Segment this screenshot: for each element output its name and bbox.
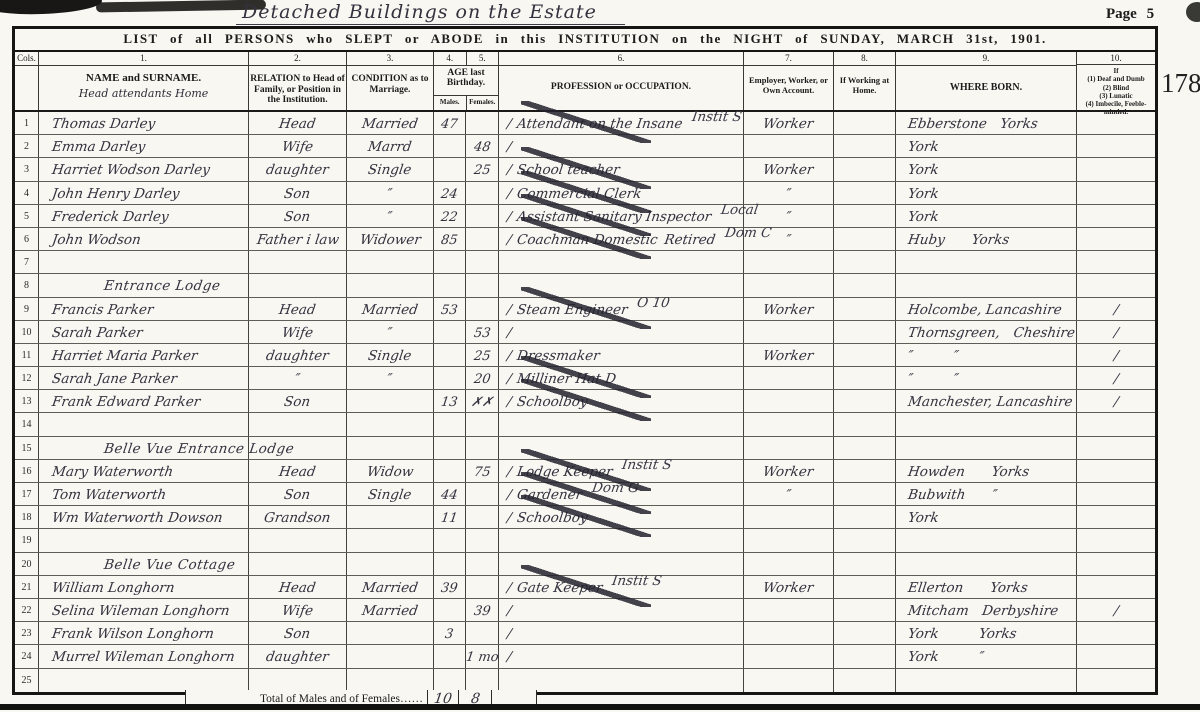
employer-cell: ″ <box>744 483 834 505</box>
census-table: LIST of all PERSONS who SLEPT or ABODE i… <box>12 26 1158 695</box>
age-females-cell <box>466 622 499 644</box>
working-at-home-cell <box>834 274 896 296</box>
age-males-cell <box>434 344 466 366</box>
row-number: 2 <box>15 135 39 157</box>
row-number: 7 <box>15 251 39 273</box>
working-at-home-cell <box>834 576 896 598</box>
infirmity-cell <box>1077 413 1155 435</box>
table-row: 21 William Longhorn Head Married 39 /Gat… <box>15 576 1155 599</box>
where-born-cell <box>896 274 1077 296</box>
infirmity-cell <box>1077 483 1155 505</box>
age-females-cell: 20 <box>466 367 499 389</box>
table-header: Cols. 1. NAME and SURNAME. Head attendan… <box>15 52 1155 112</box>
infirmity-cell <box>1077 228 1155 250</box>
age-males-cell <box>434 158 466 180</box>
age-females-cell <box>466 669 499 692</box>
where-born-cell <box>896 251 1077 273</box>
occupation-cell: /Schoolboy <box>499 506 744 528</box>
condition-cell <box>347 529 434 551</box>
where-born-cell: York Yorks <box>896 622 1077 644</box>
name-cell: Tom Waterworth <box>39 483 249 505</box>
condition-cell: Married <box>347 298 434 320</box>
table-row: 17 Tom Waterworth Son Single 44 /Gardene… <box>15 483 1155 506</box>
relation-cell <box>249 669 347 692</box>
age-females-cell: 25 <box>466 158 499 180</box>
where-born-cell <box>896 529 1077 551</box>
infirmity-cell <box>1077 437 1155 459</box>
employer-cell: Worker <box>744 298 834 320</box>
row-number: 20 <box>15 553 39 575</box>
occupation-cell: /Assistant Sanitary InspectorLocal <box>499 205 744 227</box>
age-males-cell <box>434 413 466 435</box>
row-number: 25 <box>15 669 39 692</box>
condition-cell <box>347 506 434 528</box>
employer-cell <box>744 135 834 157</box>
relation-cell: Son <box>249 182 347 204</box>
age-females-cell <box>466 506 499 528</box>
row-number: 16 <box>15 460 39 482</box>
occupation-cell: /Coachman Domestic RetiredDom C <box>499 228 744 250</box>
relation-cell: Wife <box>249 321 347 343</box>
relation-cell: daughter <box>249 158 347 180</box>
infirmity-cell <box>1077 182 1155 204</box>
age-females-cell <box>466 228 499 250</box>
relation-cell <box>249 274 347 296</box>
infirmity-cell <box>1077 645 1155 667</box>
working-at-home-cell <box>834 437 896 459</box>
name-cell: Frank Edward Parker <box>39 390 249 412</box>
occupation-cell <box>499 437 744 459</box>
age-females-cell <box>466 205 499 227</box>
where-born-cell: York ″ <box>896 645 1077 667</box>
occupation-annotation: Dom C <box>723 222 773 245</box>
name-cell: William Longhorn <box>39 576 249 598</box>
infirmity-cell <box>1077 576 1155 598</box>
age-males-cell <box>434 367 466 389</box>
infirmity-cell <box>1077 529 1155 551</box>
condition-cell: Marrd <box>347 135 434 157</box>
working-column-label: If Working at Home. <box>834 66 895 110</box>
where-born-cell: York <box>896 506 1077 528</box>
age-females-cell <box>466 251 499 273</box>
age-females-cell <box>466 437 499 459</box>
working-at-home-cell <box>834 506 896 528</box>
age-males-cell: 85 <box>434 228 466 250</box>
condition-cell <box>347 553 434 575</box>
where-born-cell <box>896 413 1077 435</box>
table-row: 18 Wm Waterworth Dowson Grandson 11 /Sch… <box>15 506 1155 529</box>
name-cell: Sarah Parker <box>39 321 249 343</box>
table-row: 12 Sarah Jane Parker ″ ″ 20 /Milliner Ha… <box>15 367 1155 390</box>
infirmity-cell <box>1077 112 1155 134</box>
where-born-cell: Mitcham Derbyshire <box>896 599 1077 621</box>
name-cell <box>39 669 249 692</box>
relation-cell: Head <box>249 576 347 598</box>
infirmity-cell <box>1077 135 1155 157</box>
occupation-cell: /School teacher <box>499 158 744 180</box>
condition-column-label: CONDITION as to Marriage. <box>347 66 433 110</box>
row-number: 22 <box>15 599 39 621</box>
employer-cell <box>744 321 834 343</box>
table-row: 9 Francis Parker Head Married 53 /Steam … <box>15 298 1155 321</box>
relation-cell: Son <box>249 205 347 227</box>
name-cell <box>39 529 249 551</box>
occupation-annotation: Instit S <box>620 454 673 477</box>
name-cell: Frank Wilson Longhorn <box>39 622 249 644</box>
table-row: 20 Belle Vue Cottage <box>15 553 1155 576</box>
employer-cell: Worker <box>744 460 834 482</box>
age-males-cell <box>434 274 466 296</box>
age-males-cell <box>434 251 466 273</box>
relation-cell <box>249 251 347 273</box>
age-males-cell <box>434 321 466 343</box>
where-born-cell <box>896 553 1077 575</box>
table-row: 1 Thomas Darley Head Married 47 /Attenda… <box>15 112 1155 135</box>
occupation-cell: /Milliner Hat D <box>499 367 744 389</box>
occupation-cell: /Attendant on the InsaneInstit S <box>499 112 744 134</box>
employer-cell <box>744 599 834 621</box>
age-males-cell <box>434 669 466 692</box>
relation-cell: Son <box>249 622 347 644</box>
occupation-cell: / <box>499 599 744 621</box>
header-condition: 3. CONDITION as to Marriage. <box>347 52 434 110</box>
employer-cell: Worker <box>744 112 834 134</box>
relation-cell: Wife <box>249 599 347 621</box>
condition-cell: Widower <box>347 228 434 250</box>
row-number: 5 <box>15 205 39 227</box>
condition-cell: Single <box>347 158 434 180</box>
working-at-home-cell <box>834 390 896 412</box>
occupation-cell <box>499 529 744 551</box>
infirmity-cell: / <box>1077 599 1155 621</box>
header-relation: 2. RELATION to Head of Family, or Positi… <box>249 52 347 110</box>
where-born-cell: ″ ″ <box>896 367 1077 389</box>
relation-cell: Head <box>249 460 347 482</box>
infirmity-cell <box>1077 669 1155 692</box>
working-at-home-cell <box>834 413 896 435</box>
age-males-cell: 44 <box>434 483 466 505</box>
relation-cell: daughter <box>249 645 347 667</box>
age-males-cell <box>434 529 466 551</box>
age-females-cell <box>466 413 499 435</box>
occupation-cell: /GardenerDom G <box>499 483 744 505</box>
age-males-cell <box>434 645 466 667</box>
where-born-cell: Thornsgreen, Cheshire <box>896 321 1077 343</box>
row-number: 24 <box>15 645 39 667</box>
table-row: 2 Emma Darley Wife Marrd 48 / York <box>15 135 1155 158</box>
table-row: 23 Frank Wilson Longhorn Son 3 / York Yo… <box>15 622 1155 645</box>
working-at-home-cell <box>834 344 896 366</box>
age-females-cell: 53 <box>466 321 499 343</box>
row-number: 1 <box>15 112 39 134</box>
row-number: 13 <box>15 390 39 412</box>
working-at-home-cell <box>834 622 896 644</box>
name-column-handwritten-sub: Head attendants Home <box>39 88 248 100</box>
row-number: 11 <box>15 344 39 366</box>
employer-cell <box>744 367 834 389</box>
employer-cell <box>744 645 834 667</box>
condition-cell <box>347 390 434 412</box>
name-cell: Frederick Darley <box>39 205 249 227</box>
name-cell: Selina Wileman Longhorn <box>39 599 249 621</box>
header-name: 1. NAME and SURNAME. Head attendants Hom… <box>39 52 249 110</box>
name-cell: John Henry Darley <box>39 182 249 204</box>
occupation-cell <box>499 669 744 692</box>
cols-label: Cols. <box>15 52 38 66</box>
condition-cell <box>347 645 434 667</box>
employer-cell <box>744 437 834 459</box>
born-column-label: WHERE BORN. <box>896 66 1076 110</box>
row-number: 15 <box>15 437 39 459</box>
age-females-cell <box>466 553 499 575</box>
condition-cell: ″ <box>347 182 434 204</box>
row-number: 21 <box>15 576 39 598</box>
age-females-cell <box>466 483 499 505</box>
where-born-cell: Huby Yorks <box>896 228 1077 250</box>
occupation-annotation: Local <box>719 199 759 222</box>
census-page: Detached Buildings on the Estate Page 5 … <box>0 0 1200 712</box>
age-females-cell: 48 <box>466 135 499 157</box>
header-cols: Cols. <box>15 52 39 110</box>
age-column-label: AGE last Birthday. <box>434 66 498 97</box>
name-cell: Mary Waterworth <box>39 460 249 482</box>
age-females-cell <box>466 112 499 134</box>
condition-cell: ″ <box>347 367 434 389</box>
relation-cell <box>249 529 347 551</box>
row-number: 12 <box>15 367 39 389</box>
age-males-cell: 47 <box>434 112 466 134</box>
row-number: 9 <box>15 298 39 320</box>
census-rows: 1 Thomas Darley Head Married 47 /Attenda… <box>15 112 1155 692</box>
name-cell: Wm Waterworth Dowson <box>39 506 249 528</box>
name-cell: Harriet Wodson Darley <box>39 158 249 180</box>
employer-cell <box>744 669 834 692</box>
condition-cell <box>347 622 434 644</box>
where-born-cell: York <box>896 182 1077 204</box>
age-males-cell: 13 <box>434 390 466 412</box>
age-females-cell: 1 mo <box>466 645 499 667</box>
age-males-cell: 53 <box>434 298 466 320</box>
name-cell: Emma Darley <box>39 135 249 157</box>
name-cell: Francis Parker <box>39 298 249 320</box>
header-where-born: 9. WHERE BORN. <box>896 52 1077 110</box>
header-infirmity: 10. If (1) Deaf and Dumb (2) Blind (3) L… <box>1077 52 1155 110</box>
employer-cell: Worker <box>744 576 834 598</box>
row-number: 19 <box>15 529 39 551</box>
age-males-cell: 39 <box>434 576 466 598</box>
condition-cell: Single <box>347 483 434 505</box>
name-cell: Murrel Wileman Longhorn <box>39 645 249 667</box>
table-row: 8 Entrance Lodge <box>15 274 1155 297</box>
infirmity-cell: / <box>1077 390 1155 412</box>
where-born-cell: Manchester, Lancashire <box>896 390 1077 412</box>
table-row: 6 John Wodson Father i law Widower 85 /C… <box>15 228 1155 251</box>
employer-cell <box>744 506 834 528</box>
occupation-cell: /Steam EngineerO 10 <box>499 298 744 320</box>
occupation-annotation: Instit S <box>690 106 743 129</box>
name-column-label: NAME and SURNAME. <box>86 72 201 84</box>
infirmity-cell: / <box>1077 344 1155 366</box>
infirmity-cell: / <box>1077 367 1155 389</box>
row-number: 18 <box>15 506 39 528</box>
row-number: 17 <box>15 483 39 505</box>
relation-cell: ″ <box>249 367 347 389</box>
age-males-cell: 24 <box>434 182 466 204</box>
relation-cell <box>249 553 347 575</box>
employer-cell: Worker <box>744 158 834 180</box>
males-column-label: Males. <box>434 96 467 110</box>
occupation-cell: /Gate KeeperInstit S <box>499 576 744 598</box>
working-at-home-cell <box>834 112 896 134</box>
header-occupation: 6. PROFESSION or OCCUPATION. <box>499 52 744 110</box>
row-number: 23 <box>15 622 39 644</box>
name-cell <box>39 251 249 273</box>
table-row: 24 Murrel Wileman Longhorn daughter 1 mo… <box>15 645 1155 668</box>
working-at-home-cell <box>834 460 896 482</box>
age-females-cell <box>466 182 499 204</box>
where-born-cell: York <box>896 158 1077 180</box>
females-column-label: Females. <box>467 96 499 110</box>
name-cell: Thomas Darley <box>39 112 249 134</box>
occupation-cell: / <box>499 321 744 343</box>
employer-cell <box>744 622 834 644</box>
infirmity-cell <box>1077 506 1155 528</box>
header-age: 4.5. AGE last Birthday. Males. Females. <box>434 52 499 110</box>
infirmity-column-label: If (1) Deaf and Dumb (2) Blind (3) Lunat… <box>1077 65 1155 117</box>
employer-column-label: Employer, Worker, or Own Account. <box>744 66 833 110</box>
handwritten-page-title: Detached Buildings on the Estate <box>236 1 625 25</box>
table-row: 3 Harriet Wodson Darley daughter Single … <box>15 158 1155 181</box>
name-cell <box>39 413 249 435</box>
condition-cell <box>347 669 434 692</box>
condition-cell: Single <box>347 344 434 366</box>
condition-cell <box>347 437 434 459</box>
age-males-cell <box>434 437 466 459</box>
relation-cell: Head <box>249 112 347 134</box>
table-row: 11 Harriet Maria Parker daughter Single … <box>15 344 1155 367</box>
table-row: 5 Frederick Darley Son ″ 22 /Assistant S… <box>15 205 1155 228</box>
relation-cell: Son <box>249 390 347 412</box>
relation-column-label: RELATION to Head of Family, or Position … <box>249 66 346 110</box>
infirmity-cell <box>1077 274 1155 296</box>
working-at-home-cell <box>834 529 896 551</box>
where-born-cell: York <box>896 135 1077 157</box>
working-at-home-cell <box>834 135 896 157</box>
where-born-cell: York <box>896 205 1077 227</box>
working-at-home-cell <box>834 483 896 505</box>
where-born-cell <box>896 437 1077 459</box>
working-at-home-cell <box>834 251 896 273</box>
where-born-cell: Bubwith ″ <box>896 483 1077 505</box>
relation-cell: Wife <box>249 135 347 157</box>
occupation-cell: / <box>499 622 744 644</box>
working-at-home-cell <box>834 228 896 250</box>
condition-cell: ″ <box>347 321 434 343</box>
age-males-cell <box>434 553 466 575</box>
condition-cell: Widow <box>347 460 434 482</box>
working-at-home-cell <box>834 182 896 204</box>
age-males-cell <box>434 135 466 157</box>
occupation-annotation: Instit S <box>610 570 663 593</box>
table-title: LIST of all PERSONS who SLEPT or ABODE i… <box>15 29 1155 52</box>
occupation-column-label: PROFESSION or OCCUPATION. <box>499 66 743 110</box>
name-cell: John Wodson <box>39 228 249 250</box>
relation-cell: daughter <box>249 344 347 366</box>
condition-cell <box>347 251 434 273</box>
employer-cell <box>744 553 834 575</box>
age-females-cell <box>466 274 499 296</box>
working-at-home-cell <box>834 669 896 692</box>
name-cell: Entrance Lodge <box>39 274 249 296</box>
occupation-annotation: O 10 <box>635 292 671 315</box>
occupation-annotation: Dom G <box>590 477 640 500</box>
employer-cell <box>744 390 834 412</box>
occupation-cell <box>499 251 744 273</box>
employer-cell <box>744 529 834 551</box>
occupation-cell: /Commercial Clerk <box>499 182 744 204</box>
age-males-cell: 3 <box>434 622 466 644</box>
header-working-at-home: 8. If Working at Home. <box>834 52 896 110</box>
infirmity-cell <box>1077 460 1155 482</box>
where-born-cell: Ellerton Yorks <box>896 576 1077 598</box>
where-born-cell: Ebberstone Yorks <box>896 112 1077 134</box>
name-cell: Harriet Maria Parker <box>39 344 249 366</box>
page-number-label: Page 5 <box>1106 6 1154 23</box>
table-row: 19 <box>15 529 1155 552</box>
age-males-cell <box>434 460 466 482</box>
relation-cell <box>249 413 347 435</box>
infirmity-cell <box>1077 553 1155 575</box>
age-males-cell <box>434 599 466 621</box>
infirmity-cell <box>1077 205 1155 227</box>
employer-cell: Worker <box>744 344 834 366</box>
working-at-home-cell <box>834 367 896 389</box>
condition-cell <box>347 413 434 435</box>
relation-cell: Head <box>249 298 347 320</box>
infirmity-cell <box>1077 251 1155 273</box>
age-females-cell: 39 <box>466 599 499 621</box>
employer-cell <box>744 251 834 273</box>
row-number: 4 <box>15 182 39 204</box>
working-at-home-cell <box>834 599 896 621</box>
relation-cell: Son <box>249 483 347 505</box>
condition-cell: Married <box>347 576 434 598</box>
occupation-cell: /Dressmaker <box>499 344 744 366</box>
infirmity-cell <box>1077 158 1155 180</box>
header-employer: 7. Employer, Worker, or Own Account. <box>744 52 834 110</box>
condition-cell: Married <box>347 599 434 621</box>
working-at-home-cell <box>834 321 896 343</box>
occupation-cell: / <box>499 135 744 157</box>
working-at-home-cell <box>834 205 896 227</box>
employer-cell <box>744 274 834 296</box>
condition-cell: ″ <box>347 205 434 227</box>
occupation-cell <box>499 413 744 435</box>
age-females-cell <box>466 529 499 551</box>
bottom-rule <box>0 704 1200 710</box>
relation-cell: Grandson <box>249 506 347 528</box>
relation-cell: Father i law <box>249 228 347 250</box>
age-males-cell: 22 <box>434 205 466 227</box>
occupation-cell: / <box>499 645 744 667</box>
table-row: 10 Sarah Parker Wife ″ 53 / Thornsgreen,… <box>15 321 1155 344</box>
age-females-cell: ✗✗ <box>466 390 499 412</box>
where-born-cell: ″ ″ <box>896 344 1077 366</box>
name-cell: Belle Vue Cottage <box>39 553 249 575</box>
age-females-cell <box>466 298 499 320</box>
working-at-home-cell <box>834 553 896 575</box>
infirmity-cell: / <box>1077 321 1155 343</box>
